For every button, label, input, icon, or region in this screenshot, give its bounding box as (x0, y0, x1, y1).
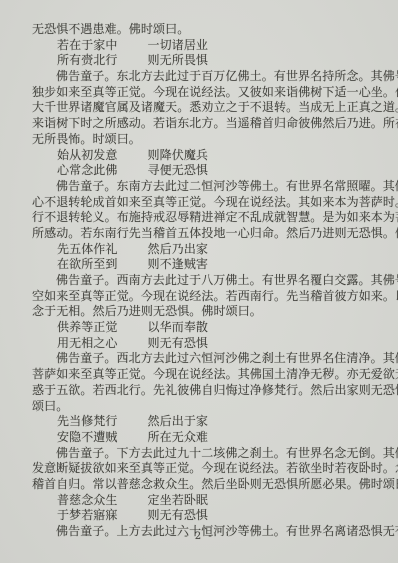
verse-line: 在欲所至到则不逢贼害 (32, 257, 374, 273)
verse-right-phrase: 一切诸居业 (148, 38, 209, 52)
verse-line: 先五体作礼然后乃出家 (32, 242, 374, 258)
verse-left-phrase: 所有赍北行 (57, 53, 118, 69)
verse-left-phrase: 安隐不遭贼 (57, 430, 118, 446)
prose-line: 大千世界诸魔官属及诸魔天。悉劝立之于不退转。当成无上正真之道。是为如 (32, 100, 374, 116)
prose-line: 空如来至真等正觉。今现在说经法。若西南行。先当稽首彼方如来。以华遥散 (32, 289, 374, 305)
verse-right-phrase: 寻便无恐惧 (148, 163, 209, 177)
prose-line: 佛告童子。东南方去此过二恒河沙等佛土。有世界名常照曜。其佛号初发 (32, 179, 374, 195)
prose-line: 来诣树下时之所感动。若诣东北方。当遥稽首归命彼佛然后乃进。所在获安则 (32, 116, 374, 132)
verse-left-phrase: 先当修梵行 (57, 414, 118, 430)
page-text: 无恐惧不遇患难。佛时颂曰。若在于家中一切诸居业所有赍北行则无所畏惧佛告童子。东北… (32, 22, 374, 540)
prose-line: 惑于五欲。若西北行。先礼彼佛自归悔过净修梵行。然后出家则无恐惧。佛时 (32, 383, 374, 399)
prose-line: 佛告童子。东北方去此过于百万亿佛土。有世界名持所念。其佛号坏魔慢 (32, 69, 374, 85)
verse-line: 心常念此佛寻便无恐惧 (32, 163, 374, 179)
verse-line: 若在于家中一切诸居业 (32, 38, 374, 54)
verse-line: 普慈念众生定坐若卧眠 (32, 493, 374, 509)
verse-left-phrase: 在欲所至到 (57, 257, 118, 273)
verse-line: 安隐不遭贼所在无众难 (32, 430, 374, 446)
verse-right-phrase: 所在无众难 (148, 430, 209, 444)
prose-line: 行不退转轮义。布施持戒忍辱精进禅定不乱成就智慧。是为如来本为菩萨时之 (32, 210, 374, 226)
verse-left-phrase: 若在于家中 (57, 38, 118, 54)
page-number: - 2 - (0, 531, 398, 542)
verse-left-phrase: 先五体作礼 (57, 242, 118, 258)
verse-left-phrase: 始从初发意 (57, 148, 118, 164)
verse-left-phrase: 供养等正觉 (57, 320, 118, 336)
prose-line: 发意断疑拔欲如来至真等正觉。今现在说经法。若欲坐时若夜卧时。念斯如来 (32, 461, 374, 477)
verse-line: 供养等正觉以华而奉散 (32, 320, 374, 336)
verse-line: 用无相之心则无有恐惧 (32, 336, 374, 352)
prose-line: 念于无相。然后乃进则无恐惧。佛时颂曰。 (32, 304, 374, 320)
prose-line: 所感动。若东南行先当稽首五体投地一心归命。然后乃进则无恐惧。佛时颂曰 (32, 226, 374, 242)
verse-right-phrase: 定坐若卧眠 (148, 493, 209, 507)
verse-line: 先当修梵行然后出于家 (32, 414, 374, 430)
prose-line: 心不退转轮成首如来至真等正觉。今现在说经法。其如来本为菩萨时。常兴众 (32, 195, 374, 211)
prose-line: 佛告童子。西北方去此过六恒河沙佛之刹土有世界名住清净。其佛号开化 (32, 351, 374, 367)
prose-line: 独步如来至真等正觉。今现在说经法。又彼如来诣佛树下适一心坐。化于三千 (32, 85, 374, 101)
sutra-page: 无恐惧不遇患难。佛时颂曰。若在于家中一切诸居业所有赍北行则无所畏惧佛告童子。东北… (0, 0, 398, 563)
prose-line: 佛告童子。西南方去此过于八万佛土。有世界名覆白交露。其佛号宝盖照 (32, 273, 374, 289)
verse-line: 于梦若寤寐则无有恐惧 (32, 508, 374, 524)
verse-right-phrase: 则无所畏惧 (148, 53, 209, 67)
verse-left-phrase: 用无相之心 (57, 336, 118, 352)
verse-left-phrase: 于梦若寤寐 (57, 508, 118, 524)
prose-line: 稽首自归。常以普慈念救众生。然后坐卧则无恐惧所愿必果。佛时颂曰。 (32, 477, 374, 493)
verse-right-phrase: 则不逢贼害 (148, 257, 209, 271)
verse-line: 所有赍北行则无所畏惧 (32, 53, 374, 69)
verse-right-phrase: 然后出于家 (148, 414, 209, 428)
verse-left-phrase: 心常念此佛 (57, 163, 118, 179)
verse-line: 始从初发意则降伏魔兵 (32, 148, 374, 164)
prose-line: 颂曰。 (32, 399, 374, 415)
verse-right-phrase: 则无有恐惧 (148, 508, 209, 522)
verse-right-phrase: 则无有恐惧 (148, 336, 209, 350)
verse-right-phrase: 则降伏魔兵 (148, 148, 209, 162)
prose-line: 菩萨如来至真等正觉。今现在说经法。其佛国土清净无秽。亦无爱欲无有女人 (32, 367, 374, 383)
verse-left-phrase: 普慈念众生 (57, 493, 118, 509)
verse-right-phrase: 以华而奉散 (148, 320, 209, 334)
prose-line: 无恐惧不遇患难。佛时颂曰。 (32, 22, 374, 38)
verse-right-phrase: 然后乃出家 (148, 242, 209, 256)
prose-line: 佛告童子。下方去此过九十二垓佛之刹土。有世界名念无倒。其佛号念初 (32, 446, 374, 462)
prose-line: 无所畏怖。时颂曰。 (32, 132, 374, 148)
